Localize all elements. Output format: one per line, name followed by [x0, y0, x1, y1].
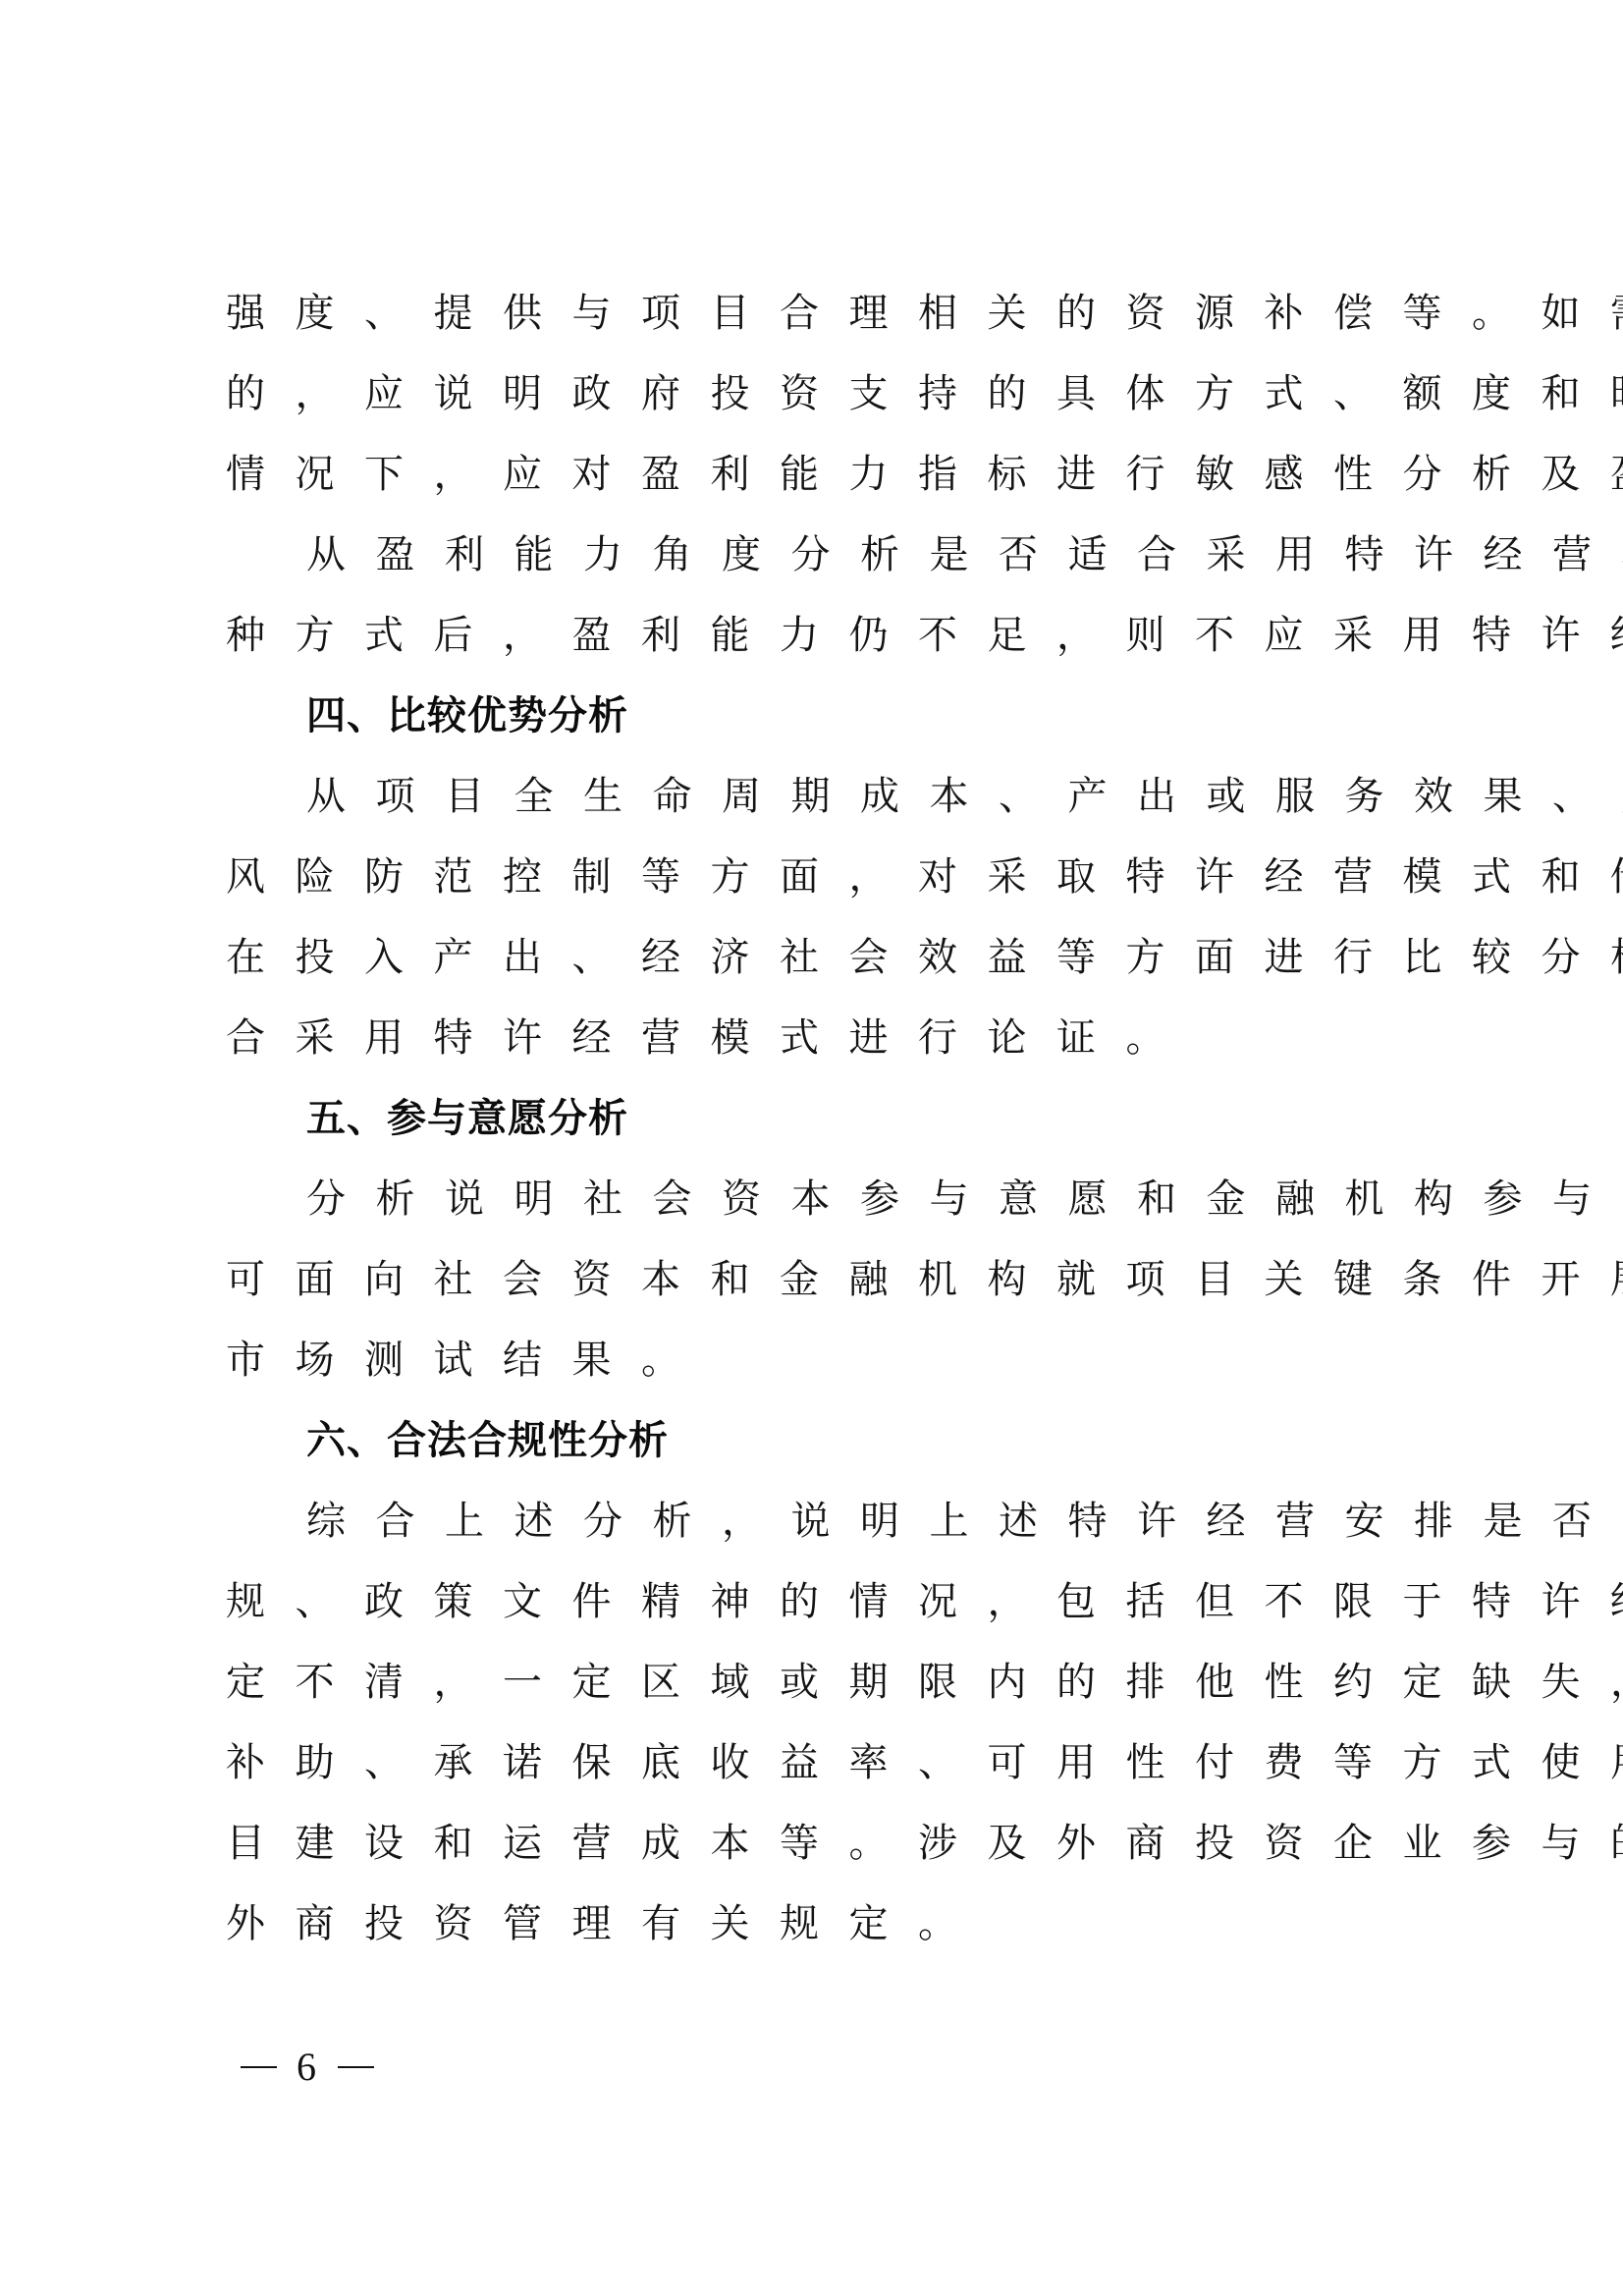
text-line: 合采用特许经营模式进行论证。 — [226, 998, 1414, 1078]
text-line: 分析说明社会资本参与意愿和金融机构参与意愿；必要时， — [226, 1159, 1414, 1239]
paragraph-comparative-advantage: 从项目全生命周期成本、产出或服务效果、建设运营效率、 风险防范控制等方面，对采取… — [226, 756, 1414, 1078]
paragraph-government-support: 强度、提供与项目合理相关的资源补偿等。如需政府投资支持 的，应说明政府投资支持的… — [226, 273, 1414, 515]
section-heading-comparative-advantage: 四、比较优势分析 — [226, 676, 1414, 756]
text-line: 风险防范控制等方面，对采取特许经营模式和传统政府投资模式 — [226, 837, 1414, 917]
document-page: 强度、提供与项目合理相关的资源补偿等。如需政府投资支持 的，应说明政府投资支持的… — [0, 0, 1623, 2296]
text-line: 外商投资管理有关规定。 — [226, 1884, 1414, 1964]
page-number-dash-left — [241, 2066, 277, 2068]
page-number-value: 6 — [297, 2048, 316, 2087]
text-line: 从盈利能力角度分析是否适合采用特许经营模式。如采取多 — [226, 515, 1414, 595]
text-line: 定不清，一定区域或期限内的排他性约定缺失，通过可行性缺口 — [226, 1642, 1414, 1722]
text-line: 在投入产出、经济社会效益等方面进行比较分析，对项目是否适 — [226, 917, 1414, 998]
text-line: 强度、提供与项目合理相关的资源补偿等。如需政府投资支持 — [226, 273, 1414, 354]
text-line: 的，应说明政府投资支持的具体方式、额度和时间节点等。必要 — [226, 354, 1414, 434]
paragraph-profitability-conclusion: 从盈利能力角度分析是否适合采用特许经营模式。如采取多 种方式后，盈利能力仍不足，… — [226, 515, 1414, 676]
text-line: 情况下，应对盈利能力指标进行敏感性分析及盈亏平衡分析。 — [226, 434, 1414, 515]
text-line: 市场测试结果。 — [226, 1320, 1414, 1400]
text-line: 种方式后，盈利能力仍不足，则不应采用特许经营模式。 — [226, 595, 1414, 676]
text-line: 目建设和运营成本等。涉及外商投资企业参与的，说明是否符合 — [226, 1803, 1414, 1884]
text-line: 从项目全生命周期成本、产出或服务效果、建设运营效率、 — [226, 756, 1414, 837]
text-line: 综合上述分析，说明上述特许经营安排是否存在违反法律法 — [226, 1481, 1414, 1561]
page-number: 6 — [241, 2048, 374, 2087]
section-heading-participation-willingness: 五、参与意愿分析 — [226, 1078, 1414, 1159]
section-heading-legal-compliance: 六、合法合规性分析 — [226, 1400, 1414, 1481]
document-body: 强度、提供与项目合理相关的资源补偿等。如需政府投资支持 的，应说明政府投资支持的… — [226, 273, 1414, 1964]
text-line: 补助、承诺保底收益率、可用性付费等方式使用财政资金弥补项 — [226, 1722, 1414, 1803]
page-number-dash-right — [338, 2066, 374, 2068]
text-line: 可面向社会资本和金融机构就项目关键条件开展市场测试，说明 — [226, 1239, 1414, 1320]
paragraph-legal-compliance: 综合上述分析，说明上述特许经营安排是否存在违反法律法 规、政策文件精神的情况，包… — [226, 1481, 1414, 1964]
text-line: 规、政策文件精神的情况，包括但不限于特许经营范围或产出界 — [226, 1561, 1414, 1642]
paragraph-participation-willingness: 分析说明社会资本参与意愿和金融机构参与意愿；必要时， 可面向社会资本和金融机构就… — [226, 1159, 1414, 1400]
